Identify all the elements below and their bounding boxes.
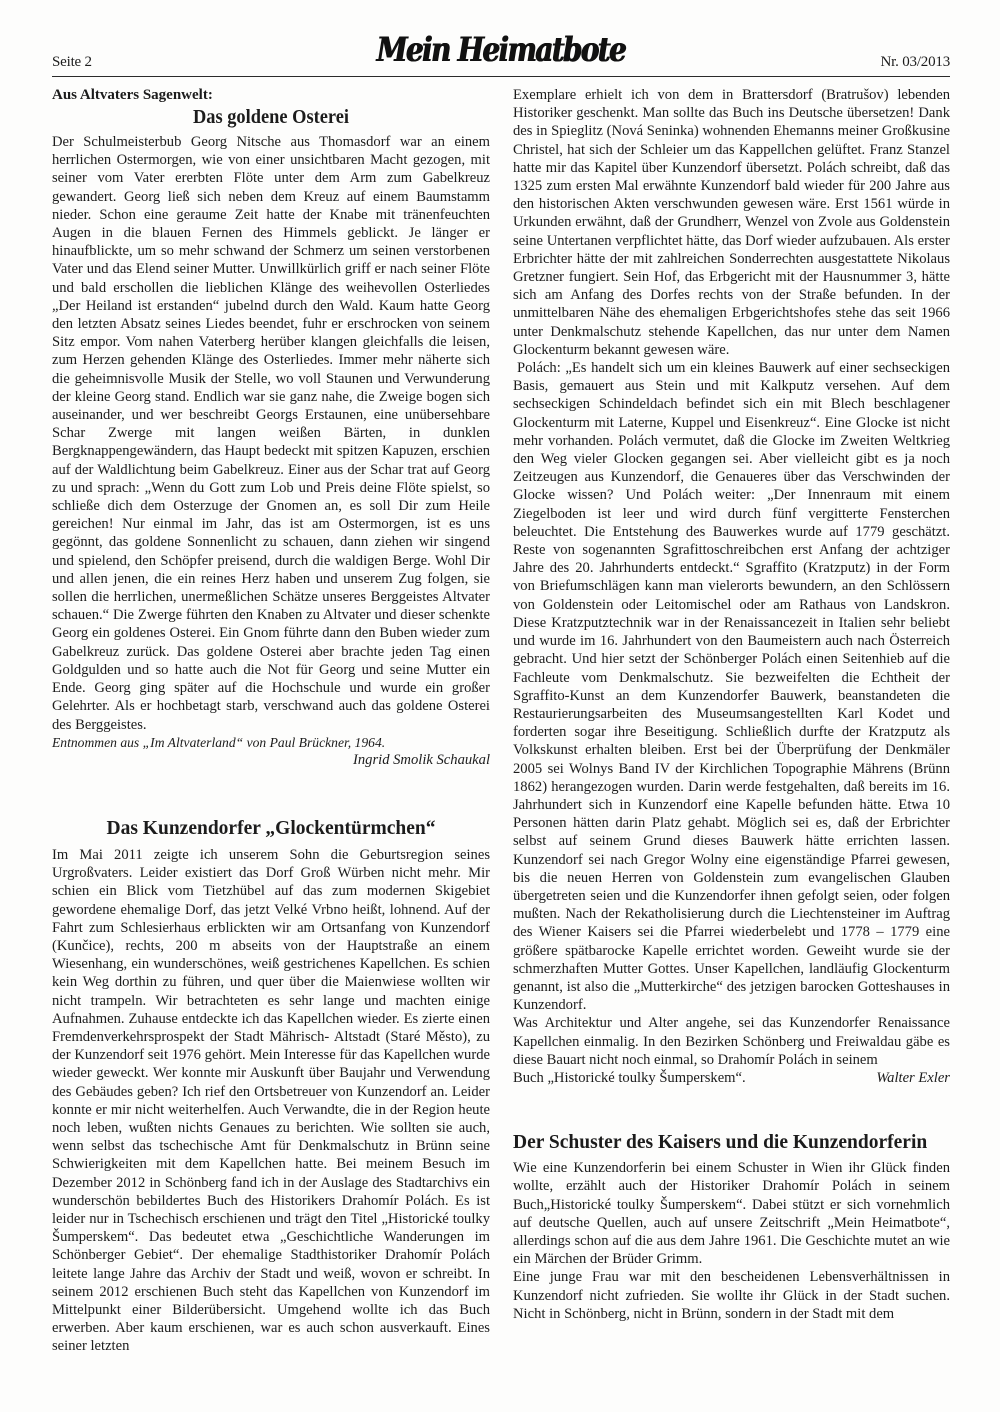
article-kicker: Aus Altvaters Sagenwelt: [52, 86, 490, 105]
article-author: Ingrid Smolik Schaukal [52, 751, 490, 769]
right-column: Exemplare erhielt ich von dem in Bratter… [513, 86, 950, 1323]
article-glockentuermchen: Das Kunzendorfer „Glockentürmchen“ Im Ma… [52, 817, 490, 1356]
article-schuster-des-kaisers: Der Schuster des Kaisers und die Kunzend… [513, 1131, 950, 1323]
article-body: Eine junge Frau war mit den bescheidenen… [513, 1268, 950, 1323]
article-body: Der Schulmeisterbub Georg Nitsche aus Th… [52, 133, 490, 734]
article-body: Polách: „Es handelt sich um ein kleines … [513, 359, 950, 1014]
article-body: Exemplare erhielt ich von dem in Bratter… [513, 86, 950, 359]
article-source: Entnommen aus „Im Altvaterland“ von Paul… [52, 734, 490, 751]
page-number: Seite 2 [52, 54, 92, 71]
article-body: Was Architektur und Alter angehe, sei da… [513, 1014, 950, 1069]
issue-number: Nr. 03/2013 [881, 54, 950, 71]
article-body: Im Mai 2011 zeigte ich unserem Sohn die … [52, 846, 490, 1356]
left-column: Aus Altvaters Sagenwelt: Das goldene Ost… [52, 86, 490, 1356]
page-header: Seite 2 Mein Heimatbote Nr. 03/2013 [52, 36, 950, 77]
article-glockentuermchen-continued: Exemplare erhielt ich von dem in Bratter… [513, 86, 950, 1087]
article-title: Das goldene Osterei [70, 105, 473, 129]
article-closing-line: Buch „Historické toulky Šumperskem“. Wal… [513, 1069, 950, 1087]
article-body-last-line: Buch „Historické toulky Šumperskem“. [513, 1069, 746, 1087]
article-golden-easter-egg: Aus Altvaters Sagenwelt: Das goldene Ost… [52, 86, 490, 769]
article-title: Das Kunzendorfer „Glockentürmchen“ [52, 817, 490, 841]
article-title: Der Schuster des Kaisers und die Kunzend… [513, 1131, 950, 1155]
article-body: Wie eine Kunzendorferin bei einem Schust… [513, 1159, 950, 1268]
newspaper-page: Seite 2 Mein Heimatbote Nr. 03/2013 Aus … [0, 0, 1000, 1412]
article-author: Walter Exler [876, 1069, 950, 1087]
masthead-logo: Mein Heimatbote [377, 30, 625, 70]
